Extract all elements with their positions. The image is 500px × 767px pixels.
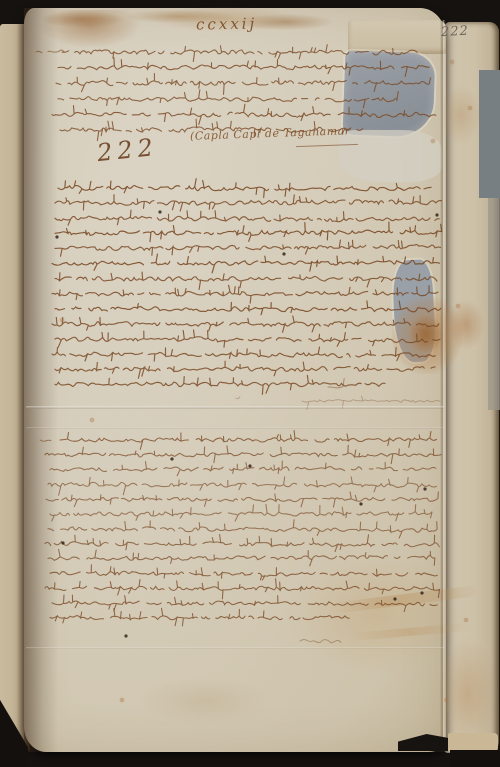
gutter-shadow [24, 8, 58, 752]
background-grey-strip-lower [488, 198, 500, 410]
pencil-folio-number: 222 [441, 23, 486, 40]
fold-crease-middle [26, 427, 444, 429]
stain-right-edge-middle [448, 300, 484, 350]
photo-corner-bottom-right [450, 750, 500, 767]
repair-tissue-top-right [343, 50, 436, 137]
background-grey-strip [479, 70, 500, 198]
folio-heading-numeral: ccxxij [196, 14, 257, 33]
repair-tissue-overlap [338, 130, 442, 182]
stain-mid-right-core [410, 316, 442, 352]
torn-corner-underpage [348, 20, 446, 54]
stain-right-edge-top [440, 85, 482, 145]
right-edge-crease [440, 20, 445, 746]
fold-crease-upper [26, 406, 444, 409]
fold-crease-lower [26, 647, 444, 649]
stain-bottom-center [140, 678, 270, 724]
manuscript-photo: 222 ccxxij 222 (Capla Capl de Taganamar [0, 0, 500, 767]
